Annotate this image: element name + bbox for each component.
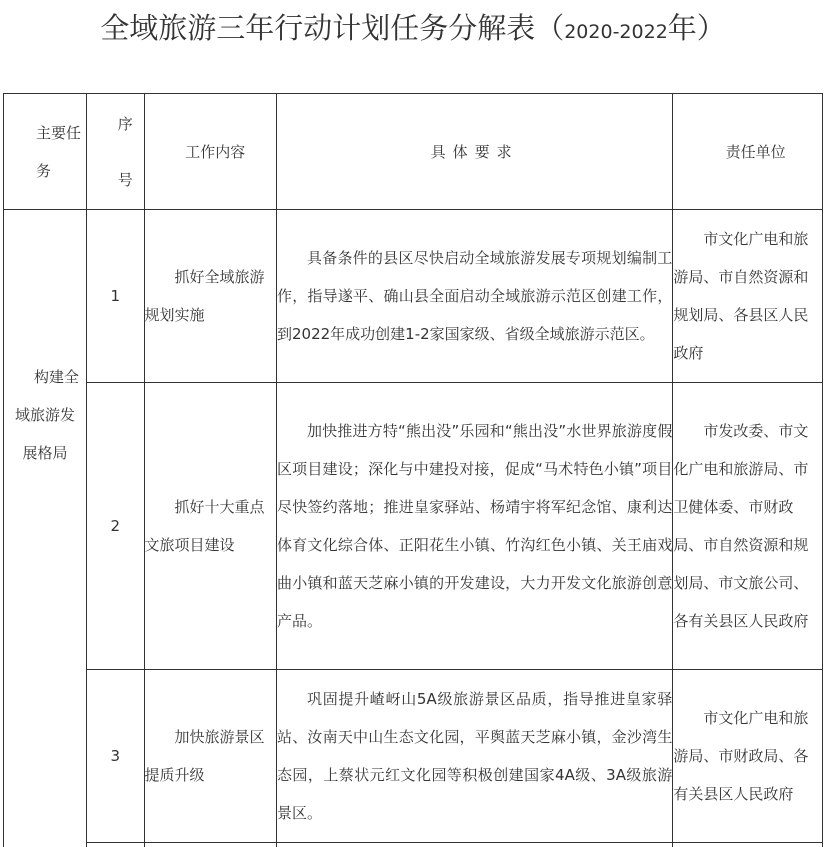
row-serial-no (86, 843, 144, 847)
header-main-task: 主要任务 (4, 94, 87, 210)
row-work-content: 抓好十大重点文旅项目建设 (144, 383, 276, 670)
main-task-cell: 构建全 域旅游发 展格局 (4, 210, 87, 847)
task-breakdown-table: 主要任务 序 号 工作内容 具体要求 责任单位 构建全 域旅游发 展格局 1 抓… (3, 93, 823, 847)
table-row-partial (4, 843, 823, 847)
table-row: 3 加快旅游景区提质升级 巩固提升嵖岈山5A级旅游景区品质，指导推进皇家驿站、汝… (4, 670, 823, 843)
row-responsible-unit: 市文化广电和旅游局、市自然资源和规划局、各县区人民政府 (673, 210, 823, 383)
row-requirements (276, 843, 672, 847)
row-work-content (144, 843, 276, 847)
title-main: 全域旅游三年行动计划任务分解表 (100, 11, 535, 45)
row-requirements: 具备条件的县区尽快启动全域旅游发展专项规划编制工作，指导遂平、确山县全面启动全域… (276, 210, 672, 383)
title-open-paren: （ (535, 11, 564, 45)
title-suffix: 年） (668, 11, 726, 45)
header-serial-no-line2: 号 (107, 152, 144, 208)
table-row: 构建全 域旅游发 展格局 1 抓好全域旅游规划实施 具备条件的县区尽快启动全域旅… (4, 210, 823, 383)
header-responsible-unit: 责任单位 (673, 94, 823, 210)
row-work-content: 抓好全域旅游规划实施 (144, 210, 276, 383)
header-serial-no: 序 号 (86, 94, 144, 210)
title-years: 2020-2022 (564, 21, 668, 43)
row-responsible-unit: 市发改委、市文化广电和旅游局、市卫健体委、市财政局、市自然资源和规划局、市文旅公… (673, 383, 823, 670)
row-serial-no: 3 (86, 670, 144, 843)
row-responsible-unit: 市文化广电和旅游局、市财政局、各有关县区人民政府 (673, 670, 823, 843)
table-header-row: 主要任务 序 号 工作内容 具体要求 责任单位 (4, 94, 823, 210)
document-title: 全域旅游三年行动计划任务分解表（2020-2022年） (0, 6, 826, 54)
main-task-line2: 域旅游发 (4, 396, 86, 434)
header-work-content: 工作内容 (144, 94, 276, 210)
header-serial-no-line1: 序 (107, 96, 144, 152)
row-responsible-unit (673, 843, 823, 847)
row-serial-no: 1 (86, 210, 144, 383)
row-requirements: 巩固提升嵖岈山5A级旅游景区品质，指导推进皇家驿站、汝南天中山生态文化园，平舆蓝… (276, 670, 672, 843)
row-work-content: 加快旅游景区提质升级 (144, 670, 276, 843)
row-serial-no: 2 (86, 383, 144, 670)
header-requirements: 具体要求 (276, 94, 672, 210)
row-requirements: 加快推进方特“熊出没”乐园和“熊出没”水世界旅游度假区项目建设；深化与中建投对接… (276, 383, 672, 670)
main-task-line3: 展格局 (4, 434, 86, 472)
table-row: 2 抓好十大重点文旅项目建设 加快推进方特“熊出没”乐园和“熊出没”水世界旅游度… (4, 383, 823, 670)
main-task-line1: 构建全 (4, 358, 86, 396)
